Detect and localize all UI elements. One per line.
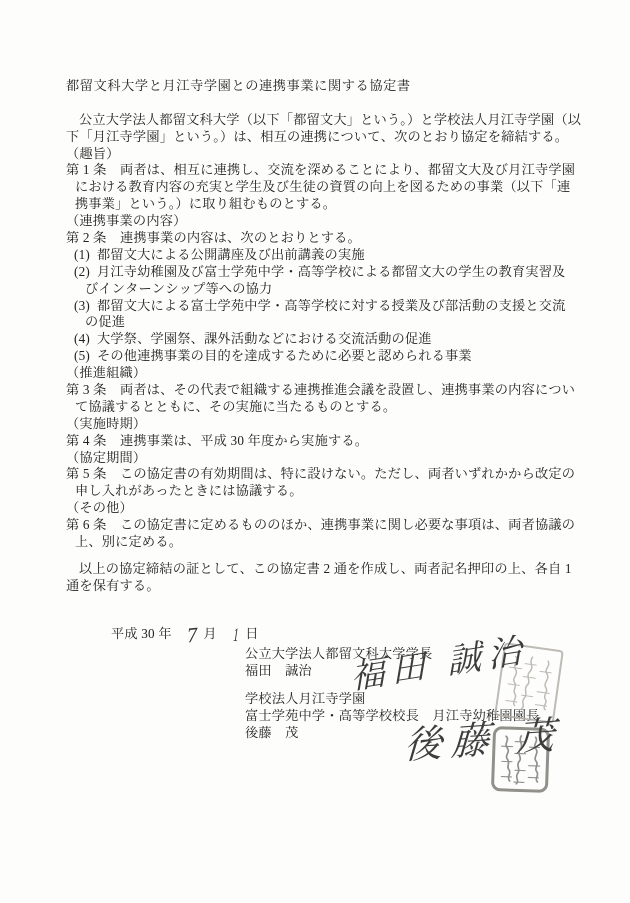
body-line: (1) 都留文大による公開講座及び出前講義の実施 — [66, 247, 586, 264]
body-line: （連携事業の内容） — [66, 213, 586, 230]
body-line: 上、別に定める。 — [66, 534, 586, 551]
handwritten-day-numeral: 1 — [233, 627, 239, 644]
body-line: 第 5 条 この協定書の有効期間は、特に設けない。ただし、両者いずれかから改定の — [66, 466, 586, 483]
spacer — [66, 595, 586, 609]
body-line: 第 3 条 両者は、その代表で組織する連携推進会議を設置し、連携事業の内容につい — [66, 382, 586, 399]
date-era-year: 平成 30 年 — [111, 626, 185, 641]
body-line: の促進 — [66, 314, 586, 331]
body-line: （協定期間） — [66, 450, 586, 467]
body-line: 第 2 条 連携事業の内容は、次のとおりとする。 — [66, 230, 586, 247]
closing-paragraph: 以上の協定締結の証として、この協定書 2 通を作成し、両者記名押印の上、各自 1… — [66, 561, 586, 595]
body-line: 第 6 条 この協定書に定めるもののほか、連携事業に関し必要な事項は、両者協議の — [66, 517, 586, 534]
document-title: 都留文科大学と月江寺学園との連携事業に関する協定書 — [66, 78, 586, 95]
body-line: 第 4 条 連携事業は、平成 30 年度から実施する。 — [66, 433, 586, 450]
body-line: (5) その他連携事業の目的を達成するために必要と認められる事業 — [66, 348, 586, 365]
body-line: (4) 大学祭、学園祭、課外活動などにおける交流活動の促進 — [66, 331, 586, 348]
spacer — [66, 551, 586, 561]
body-line: 公立大学法人都留文科大学（以下「都留文大」という。）と学校法人月江寺学園（以 — [66, 112, 586, 129]
body-line: （趣旨） — [66, 146, 586, 163]
spacer — [66, 95, 586, 112]
body-line: 申し入れがあったときには協議する。 — [66, 483, 586, 500]
closing-line: 以上の協定締結の証として、この協定書 2 通を作成し、両者記名押印の上、各自 1 — [66, 561, 586, 578]
body-line: 携事業」という。）に取り組むものとする。 — [66, 196, 586, 213]
body-line: における教育内容の充実と学生及び生徒の資質の向上を図るための事業（以下「連 — [66, 179, 586, 196]
body-line: （実施時期） — [66, 416, 586, 433]
body-line: 下「月江寺学園」という。）は、相互の連携について、次のとおり協定を締結する。 — [66, 129, 586, 146]
body-line: (3) 都留文大による富士学苑中学・高等学校に対する授業及び部活動の支援と交流 — [66, 298, 586, 315]
date-month-label: 月 — [200, 626, 230, 641]
body-line: て協議するとともに、その実施に当たるものとする。 — [66, 399, 586, 416]
document-body: 公立大学法人都留文科大学（以下「都留文大」という。）と学校法人月江寺学園（以下「… — [66, 112, 586, 551]
agreement-document-page: 都留文科大学と月江寺学園との連携事業に関する協定書 公立大学法人都留文科大学（以… — [0, 0, 630, 903]
body-line: （その他） — [66, 500, 586, 517]
handwritten-month-numeral: 7 — [186, 626, 198, 644]
body-line: 第 1 条 両者は、相互に連携し、交流を深めることにより、都留文大及び月江寺学園 — [66, 162, 586, 179]
date-day-label: 日 — [242, 626, 259, 641]
body-line: （推進組織） — [66, 365, 586, 382]
closing-line: 通を保有する。 — [66, 578, 586, 595]
date-line: 平成 30 年 7 月 1 日 — [66, 609, 586, 626]
body-line: (2) 月江寺幼稚園及び富士学苑中学・高等学校による都留文大の学生の教育実習及 — [66, 264, 586, 281]
body-line: びインターンシップ等への協力 — [66, 281, 586, 298]
